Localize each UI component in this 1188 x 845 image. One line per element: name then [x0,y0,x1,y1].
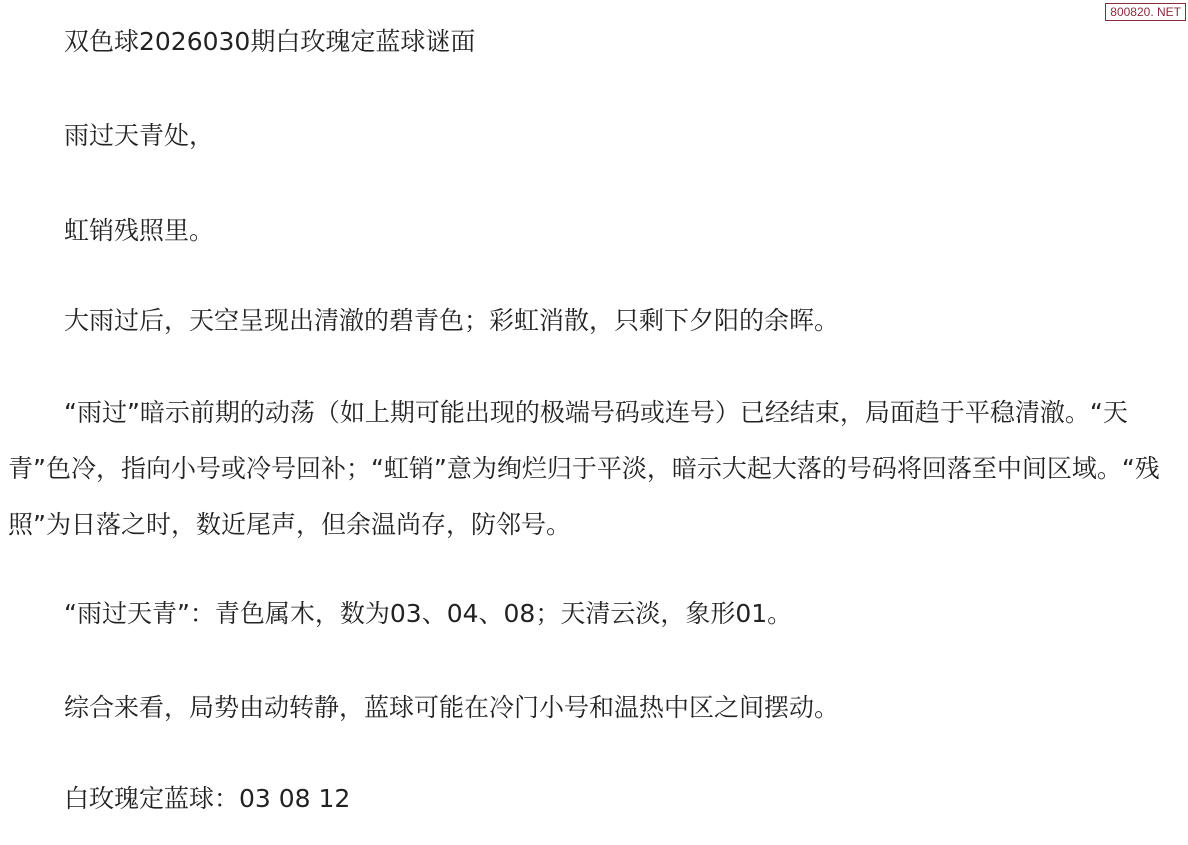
paragraph-summary: 综合来看，局势由动转静，蓝球可能在冷门小号和温热中区之间摆动。 [8,680,1168,736]
site-watermark: 800820. NET [1105,3,1186,21]
paragraph-analysis: “雨过”暗示前期的动荡（如上期可能出现的极端号码或连号）已经结束，局面趋于平稳清… [8,385,1168,553]
poem-line-2: 虹销残照里。 [8,203,1168,259]
paragraph-explanation: 大雨过后，天空呈现出清澈的碧青色；彩虹消散，只剩下夕阳的余晖。 [8,293,1168,349]
article-title: 双色球2026030期白玫瑰定蓝球谜面 [8,14,1168,70]
poem-line-1: 雨过天青处， [8,108,1168,164]
blue-ball-picks: 白玫瑰定蓝球：03 08 12 [8,771,1168,827]
paragraph-numbers: “雨过天青”：青色属木，数为03、04、08；天清云淡，象形01。 [8,586,1168,642]
